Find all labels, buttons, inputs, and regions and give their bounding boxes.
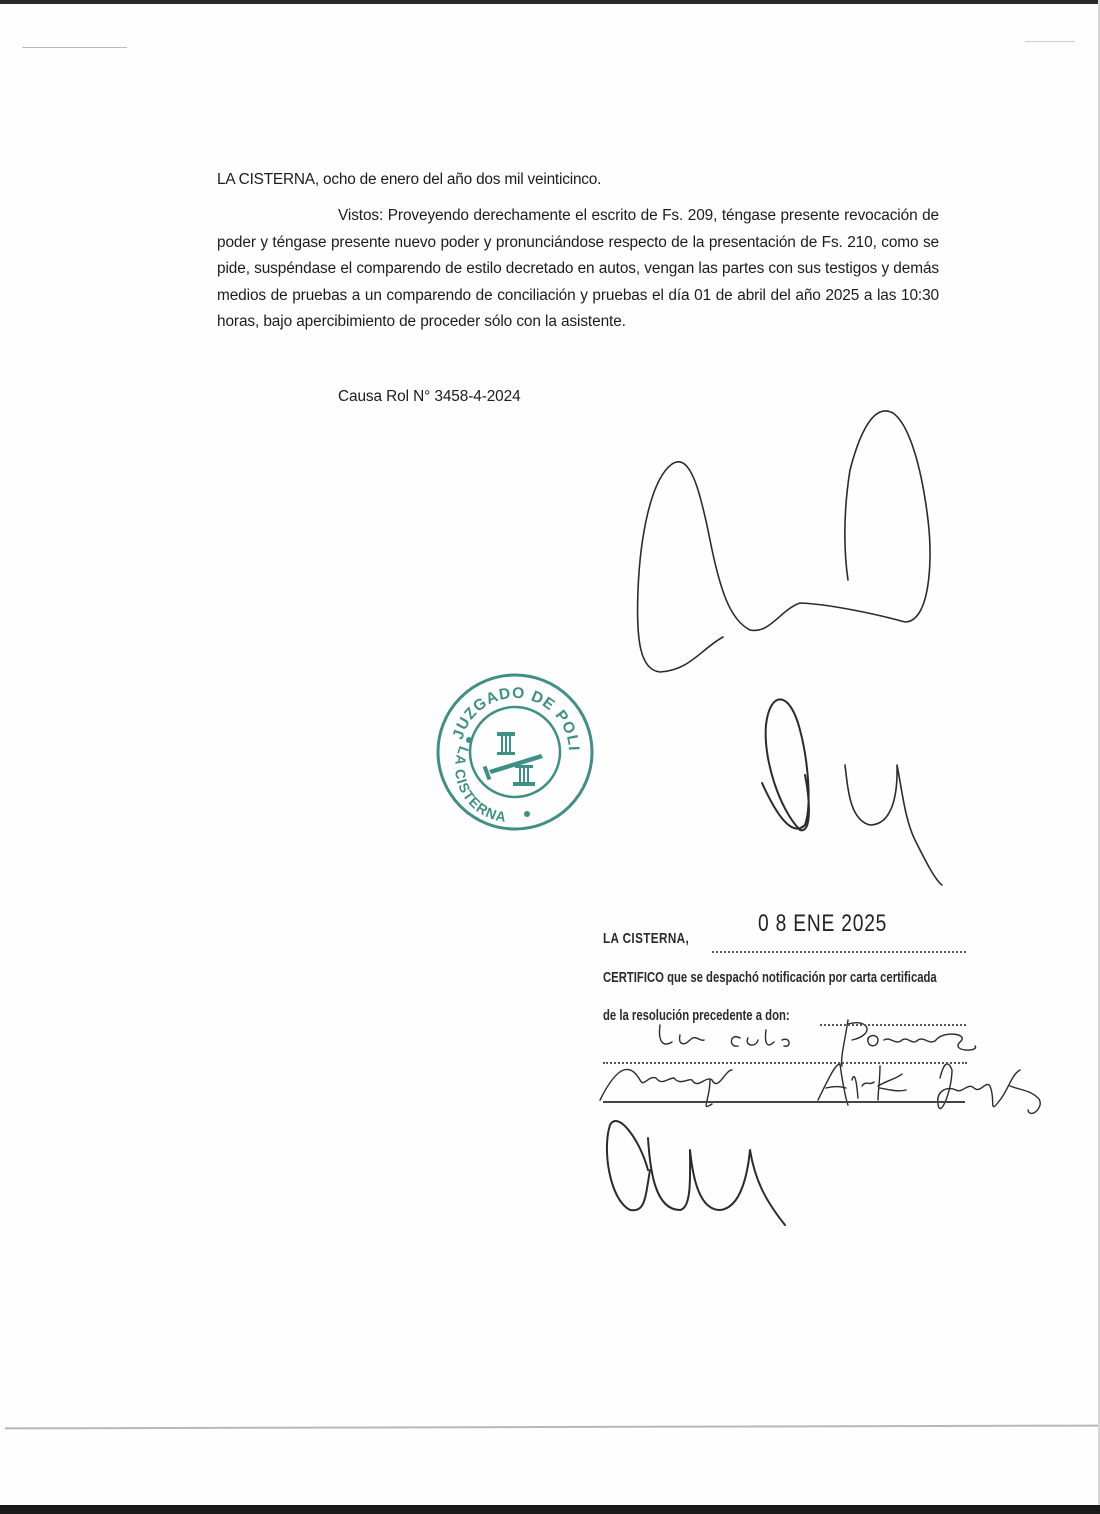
dotted-line [712, 951, 966, 953]
svg-text:JUZGADO DE POLICIA LOCAL: JUZGADO DE POLICIA LOCAL [433, 670, 582, 752]
case-reference: Causa Rol N° 3458-4-2024 [338, 384, 1060, 411]
certificate-place: LA CISTERNA, [603, 930, 689, 947]
certificate-line2: de la resolución precedente a don: [603, 1008, 790, 1024]
scan-mark [22, 47, 127, 48]
svg-text:LA CISTERNA: LA CISTERNA [452, 744, 508, 825]
scan-edge-bottom [0, 1505, 1100, 1514]
dotted-line [603, 1062, 967, 1064]
signature-rule [603, 1101, 965, 1103]
scan-mark [1025, 41, 1075, 42]
date-stamp: 0 8 ENE 2025 [758, 910, 887, 938]
certificate-line1: CERTIFICO que se despachó notificación p… [603, 970, 937, 986]
scan-edge-top [0, 0, 1100, 4]
court-seal-icon: JUZGADO DE POLICIA LOCAL LA CISTERNA LA … [433, 670, 597, 834]
dotted-line [820, 1024, 966, 1026]
page-fold-line [5, 1425, 1098, 1430]
resolution-heading: LA CISTERNA, ocho de enero del año dos m… [217, 167, 939, 194]
resolution-body: Vistos: Proveyendo derechamente el escri… [217, 203, 939, 336]
